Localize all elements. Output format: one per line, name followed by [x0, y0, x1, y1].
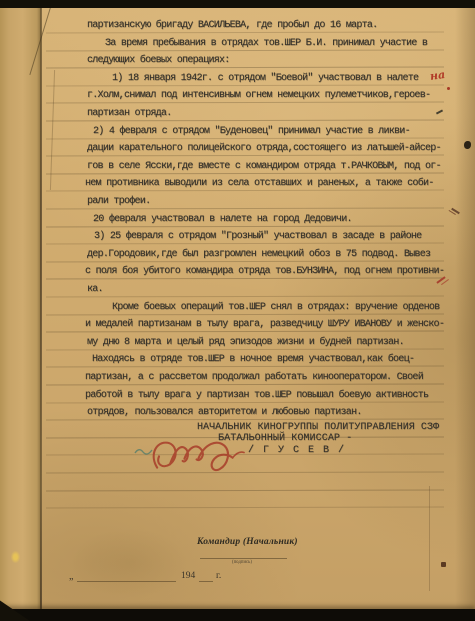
rule-line [46, 190, 444, 192]
typed-line: Находясь в отряде тов.ШЕР в ночное время… [92, 354, 414, 366]
typed-line: 1) 18 января 1942г. с отрядом "Боевой" у… [112, 73, 418, 85]
rule-line [46, 102, 444, 104]
scanner-background-bottom [0, 609, 475, 621]
rule-line [46, 507, 444, 509]
typed-signature-name: / Г У С Е В / [248, 445, 346, 456]
typed-line: дер.Городовик,где был разгромлен немецки… [87, 249, 430, 261]
typed-line: следующих боевых операциях: [87, 55, 230, 67]
page-fold-strip [0, 8, 41, 609]
typed-line: 3) 25 февраля с отрядом "Грозный" участв… [94, 231, 421, 243]
typed-line: гов в селе Ясски,где вместе с командиром… [87, 161, 441, 173]
typed-line: с поля боя убитого командира отряда тов.… [85, 266, 444, 278]
paper-crease [50, 70, 55, 190]
signature-rule [200, 558, 287, 559]
handwritten-correction: на [429, 68, 446, 83]
typed-line: работой в тылу врага у партизан тов.ШЕР … [85, 390, 428, 402]
handwritten-signature [144, 425, 258, 482]
scanner-background-top [0, 0, 475, 8]
typed-line: За время пребывания в отрядах тов.ШЕР Б.… [105, 38, 427, 50]
typed-line: 2) 4 февраля с отрядом "Буденовец" прини… [93, 126, 410, 138]
stain [70, 528, 190, 598]
paper-sheet: партизанскую бригаду ВАСИЛЬЕВА, где проб… [0, 8, 475, 609]
typed-line: партизан, а с рассветом продолжал работа… [85, 372, 423, 384]
typed-line: Кроме боевых операций тов.ШЕР снял в отр… [112, 302, 439, 314]
typed-line: нем противника выводили из села отставши… [85, 178, 434, 190]
rule-line [46, 278, 444, 280]
rule-line [46, 366, 444, 368]
typed-line: 20 февраля участвовал в налете на город … [93, 214, 352, 226]
date-rule-2 [199, 581, 213, 582]
typed-line: партизанскую бригаду ВАСИЛЬЕВА, где проб… [87, 20, 377, 32]
pencil-scribble [451, 208, 460, 214]
typed-line: и медалей партизанам в тылу врага, разве… [85, 319, 444, 331]
commander-label: Командир (Начальник) [197, 537, 298, 547]
typed-line: му дню 8 марта и целый ряд эпизодов жизн… [87, 337, 404, 349]
typed-line: рали трофеи. [87, 196, 150, 208]
typed-line: партизан отряда. [87, 108, 172, 120]
typed-line: дации карательного полицейского отряда,с… [87, 143, 441, 155]
rule-line [46, 489, 444, 491]
red-ink-dot [447, 87, 450, 90]
typed-line: отрядов, пользовался авторитетом и любов… [87, 407, 362, 419]
typed-line: г.Холм,снимал под интенсивным огнем неме… [87, 90, 430, 102]
ink-tick [436, 109, 443, 114]
ink-blot [441, 562, 446, 567]
paper-hole [464, 141, 471, 149]
date-year-suffix: г. [216, 571, 221, 581]
fold-shadow-vertical [429, 486, 430, 591]
fold-line [40, 8, 42, 609]
yellow-stain [11, 551, 20, 563]
signature-caption: (подпись) [232, 560, 252, 565]
typed-line: ка. [87, 284, 103, 296]
scanned-document: партизанскую бригаду ВАСИЛЬЕВА, где проб… [0, 0, 475, 621]
rule-line [46, 295, 444, 297]
